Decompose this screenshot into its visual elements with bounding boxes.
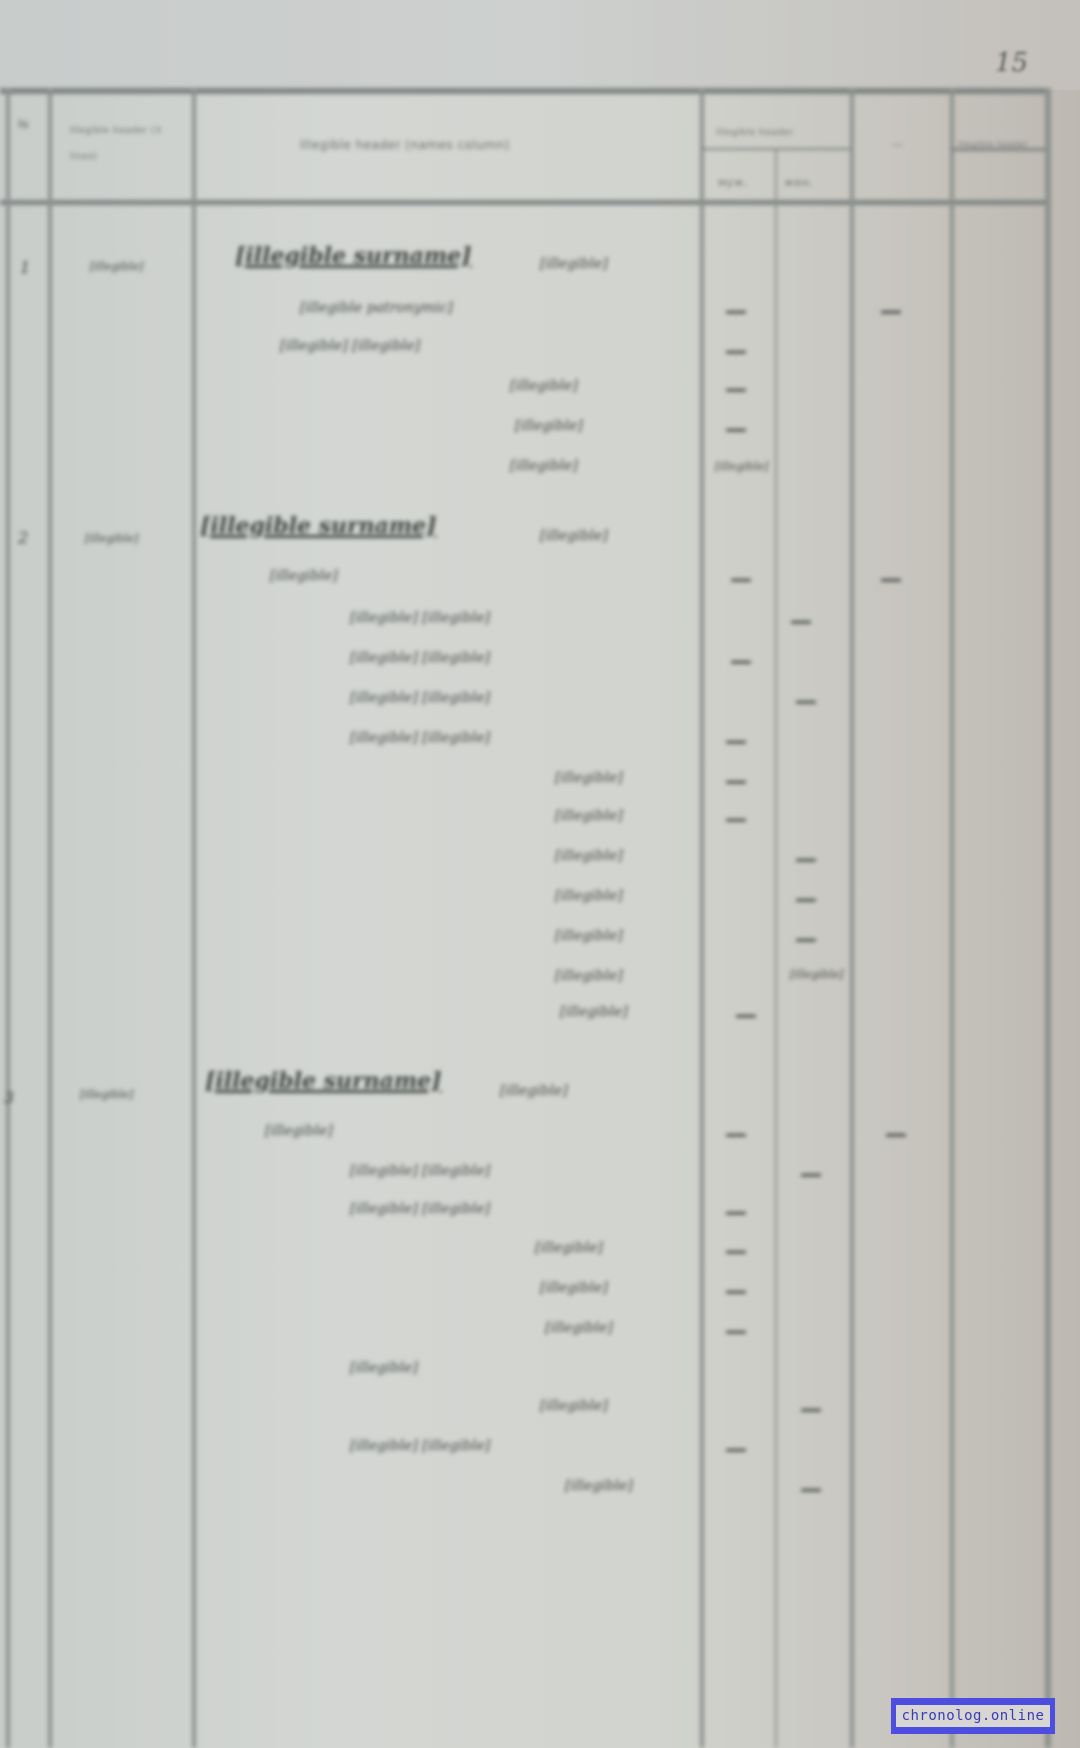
entry-line: [illegible] (555, 848, 623, 864)
entry-index: 1 (20, 258, 30, 277)
age-female: [illegible] (790, 968, 843, 981)
column-line (6, 88, 10, 1748)
age-male: — (725, 768, 747, 794)
header-dwelling: Illegible header (3 lines) (70, 118, 180, 170)
age-male: — (725, 728, 747, 754)
entry-line: [illegible] [illegible] (280, 338, 420, 354)
entry-line: [illegible] (555, 968, 623, 984)
year-value: — (885, 1121, 907, 1147)
entry-line: [illegible] [illegible] (350, 730, 490, 746)
column-line (192, 88, 196, 1748)
header-bottom-border (0, 200, 1050, 205)
column-line (775, 148, 777, 1748)
header-names: Illegible header (names column) (300, 138, 510, 152)
age-female: — (795, 846, 817, 872)
entry-line: [illegible] (350, 1360, 418, 1376)
age-male: — (725, 338, 747, 364)
entry-line: [illegible] (270, 568, 338, 584)
age-male: [illegible] (715, 460, 768, 473)
header-age: Illegible header (716, 128, 794, 138)
watermark-text: chronolog.online (896, 1705, 1051, 1727)
entry-line: [illegible] (555, 888, 623, 904)
entry-line: [illegible] (265, 1123, 333, 1139)
column-line (950, 88, 954, 1748)
header-index: № (18, 118, 30, 131)
entry-line: [illegible] (535, 1240, 603, 1256)
entry-line: [illegible] (555, 770, 623, 786)
entry-line: [illegible] (545, 1320, 613, 1336)
age-female: — (795, 886, 817, 912)
year-value: — (880, 566, 902, 592)
entry-given-name: [illegible] (540, 528, 608, 544)
entry-place: [illegible] (85, 532, 138, 545)
table-top-border (0, 88, 1050, 94)
entry-line: [illegible] (510, 458, 578, 474)
entry-surname: [illegible surname] (200, 513, 437, 539)
age-female: — (795, 926, 817, 952)
age-female: — (790, 608, 812, 634)
entry-line: [illegible] (565, 1478, 633, 1494)
entry-line: [illegible] (540, 1280, 608, 1296)
year-value: — (880, 298, 902, 324)
entry-line: [illegible] [illegible] (350, 650, 490, 666)
entry-surname: [illegible surname] (205, 1068, 442, 1094)
entry-line: [illegible] [illegible] (350, 690, 490, 706)
entry-line: [illegible] [illegible] (350, 610, 490, 626)
page-number: 15 (995, 48, 1028, 78)
column-line (700, 88, 704, 1748)
age-male: — (725, 1278, 747, 1304)
entry-line: [illegible] (510, 378, 578, 394)
column-line (48, 88, 52, 1748)
age-male: — (725, 1436, 747, 1462)
age-female: — (800, 1476, 822, 1502)
entry-line: [illegible] [illegible] (350, 1201, 490, 1217)
entry-given-name: [illegible] (540, 256, 608, 272)
header-age-female: жен. (784, 176, 813, 189)
age-male: — (730, 566, 752, 592)
header-narrow: — (892, 138, 904, 151)
age-male: — (730, 648, 752, 674)
age-subheader-line (700, 148, 850, 150)
entry-line: [illegible] (555, 808, 623, 824)
age-male: — (725, 1318, 747, 1344)
age-male: — (725, 376, 747, 402)
age-female: — (800, 1396, 822, 1422)
entry-surname: [illegible surname] (235, 243, 472, 269)
entry-line: [illegible] (515, 418, 583, 434)
age-male: — (725, 416, 747, 442)
entry-line: [illegible] (555, 928, 623, 944)
age-male: — (725, 1238, 747, 1264)
age-male: — (735, 1002, 757, 1028)
entry-place: [illegible] (90, 260, 143, 273)
entry-line: [illegible] (540, 1398, 608, 1414)
entry-line: [illegible] (560, 1004, 628, 1020)
age-male: — (725, 806, 747, 832)
age-male: — (725, 1121, 747, 1147)
ledger-page: № Illegible header (3 lines) Illegible h… (0, 88, 1055, 1748)
column-line (850, 88, 854, 1748)
header-age-male: муж. (718, 176, 748, 189)
age-male: — (725, 298, 747, 324)
entry-line: [illegible patronymic] (300, 300, 453, 316)
entry-place: [illegible] (80, 1088, 133, 1101)
header-remarks: Illegible header (958, 140, 1028, 149)
entry-line: [illegible] [illegible] (350, 1163, 490, 1179)
entry-given-name: [illegible] (500, 1083, 568, 1099)
watermark-badge[interactable]: chronolog.online (891, 1698, 1055, 1734)
age-male: — (725, 1199, 747, 1225)
entry-index: 3 (4, 1088, 14, 1107)
age-female: — (795, 688, 817, 714)
paper-background-top (0, 0, 1080, 90)
column-line (1045, 88, 1051, 1748)
entry-index: 2 (18, 528, 28, 547)
age-female: — (800, 1161, 822, 1187)
entry-line: [illegible] [illegible] (350, 1438, 490, 1454)
